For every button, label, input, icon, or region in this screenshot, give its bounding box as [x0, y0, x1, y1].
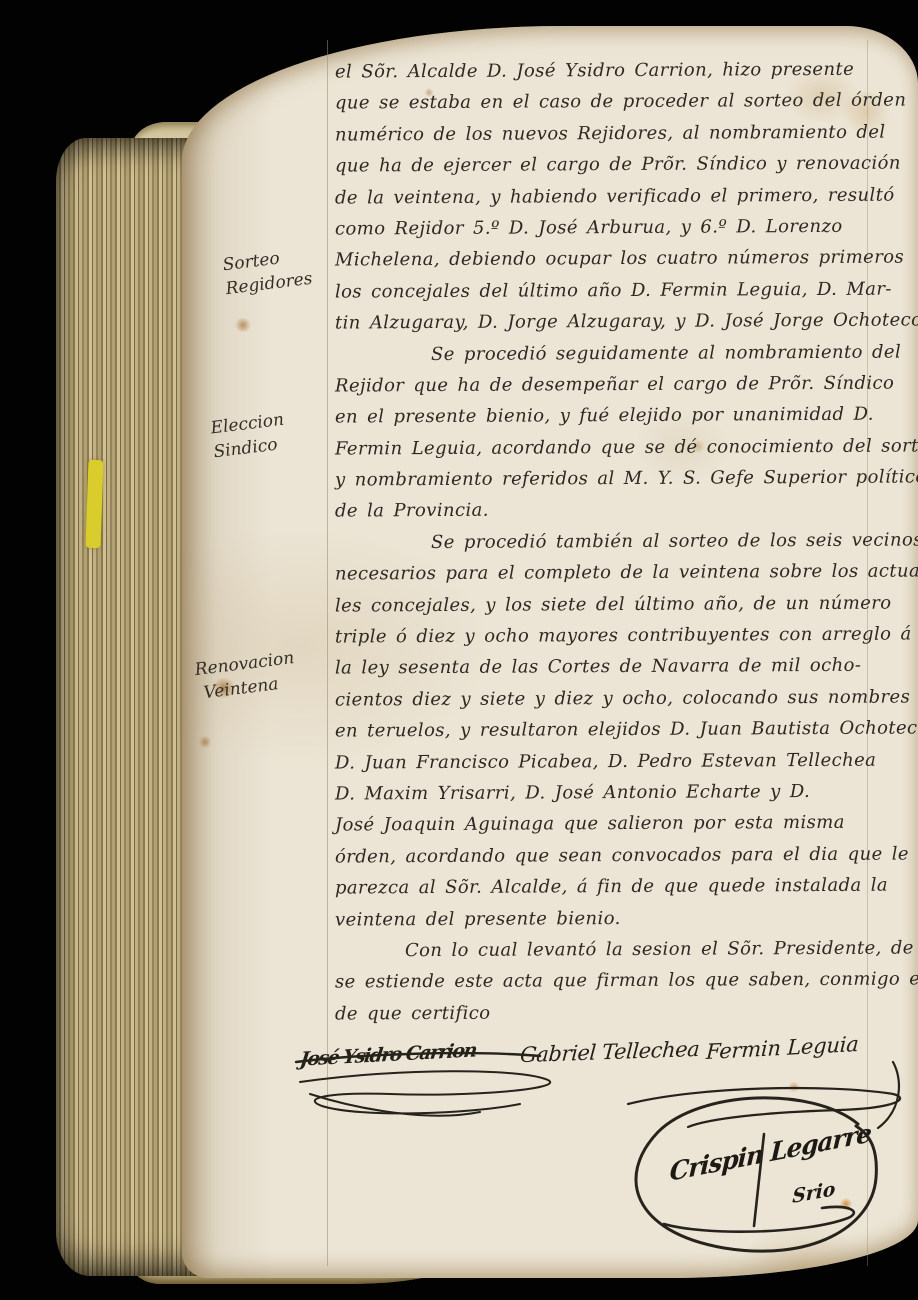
manuscript-line: que ha de ejercer el cargo de Prõr. Sínd… [335, 153, 913, 187]
manuscript-line: Michelena, debiendo ocupar los cuatro nú… [335, 247, 913, 281]
manuscript-line: D. Maxim Yrisarri, D. José Antonio Echar… [335, 780, 913, 814]
manuscript-line: de que certifico [335, 1000, 913, 1034]
scanned-book-photo: Sorteo Regidores Eleccion Sindico Renova… [0, 0, 918, 1300]
manuscript-line: como Rejidor 5.º D. José Arburua, y 6.º … [335, 215, 913, 249]
manuscript-line: José Joaquin Aguinaga que salieron por e… [335, 812, 913, 846]
manuscript-line: Fermin Leguia, acordando que se dé conoc… [335, 435, 913, 469]
manuscript-line: en el presente bienio, y fué elejido por… [335, 404, 913, 438]
manuscript-line: D. Juan Francisco Picabea, D. Pedro Este… [335, 749, 913, 783]
yellow-bookmark-ribbon [85, 460, 103, 548]
manuscript-line: la ley sesenta de las Cortes de Navarra … [335, 655, 913, 689]
manuscript-line: órden, acordando que sean convocados par… [335, 843, 913, 877]
manuscript-line: los concejales del último año D. Fermin … [335, 278, 913, 312]
left-margin-rule [327, 40, 328, 1266]
manuscript-line: Rejidor que ha de desempeñar el cargo de… [335, 372, 913, 406]
manuscript-line: de la Provincia. [335, 498, 913, 532]
margin-note-eleccion-sindico: Eleccion Sindico [209, 408, 288, 465]
manuscript-line: tin Alzugaray, D. Jorge Alzugaray, y D. … [335, 310, 913, 344]
manuscript-line: se estiende este acta que firman los que… [335, 969, 913, 1003]
manuscript-line: Con lo cual levantó la sesion el Sõr. Pr… [335, 937, 913, 971]
manuscript-line: que se estaba en el caso de proceder al … [335, 90, 913, 124]
manuscript-text: el Sõr. Alcalde D. José Ysidro Carrion, … [335, 60, 913, 1033]
manuscript-line: Se procedió también al sorteo de los sei… [335, 529, 913, 563]
manuscript-line: numérico de los nuevos Rejidores, al nom… [335, 121, 913, 155]
manuscript-line: de la veintena, y habiendo verificado el… [335, 184, 913, 218]
manuscript-line: cientos diez y siete y diez y ocho, colo… [335, 686, 913, 720]
manuscript-line: les concejales, y los siete del último a… [335, 592, 913, 626]
manuscript-line: triple ó diez y ocho mayores contribuyen… [335, 624, 913, 658]
manuscript-line: parezca al Sõr. Alcalde, á fin de que qu… [335, 875, 913, 909]
manuscript-line: el Sõr. Alcalde D. José Ysidro Carrion, … [335, 58, 913, 92]
manuscript-line: necesarios para el completo de la veinte… [335, 561, 913, 595]
manuscript-line: en teruelos, y resultaron elejidos D. Ju… [335, 718, 913, 752]
manuscript-line: y nombramiento referidos al M. Y. S. Gef… [335, 467, 913, 501]
manuscript-line: Se procedió seguidamente al nombramiento… [335, 341, 913, 375]
manuscript-line: veintena del presente bienio. [335, 906, 913, 940]
